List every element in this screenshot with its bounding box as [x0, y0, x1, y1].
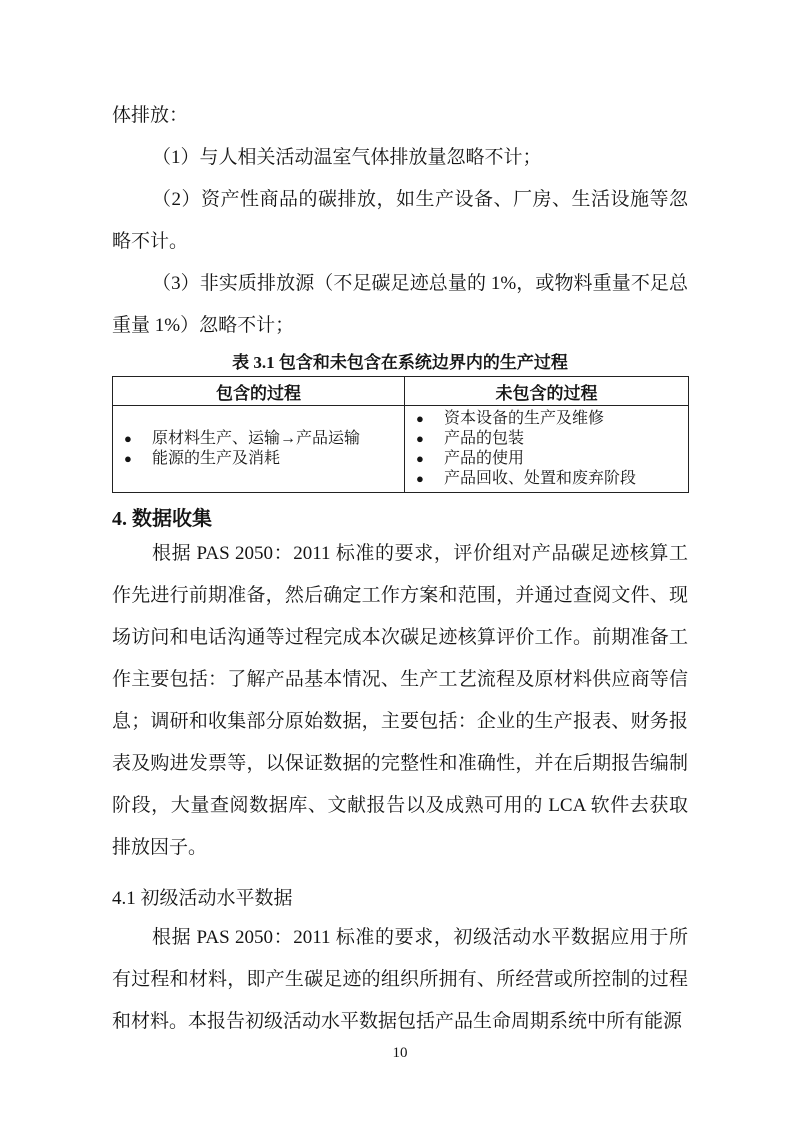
table-bullet-item: ●产品回收、处置和废弃阶段: [405, 469, 686, 489]
bullet-text: 能源的生产及消耗: [152, 449, 402, 469]
table-bullet-item: ●原材料生产、运输→产品运输: [113, 429, 402, 449]
bullet-icon: ●: [113, 449, 152, 469]
table-bullet-item: ●资本设备的生产及维修: [405, 409, 686, 429]
table-cell-excluded: ●资本设备的生产及维修●产品的包装●产品的使用●产品回收、处置和废弃阶段: [405, 406, 689, 493]
page-number: 10: [112, 1043, 688, 1063]
bullet-text: 产品的包装: [444, 429, 686, 449]
system-boundary-table: 包含的过程 未包含的过程 ●原材料生产、运输→产品运输●能源的生产及消耗 ●资本…: [112, 376, 689, 493]
table-header-included: 包含的过程: [113, 377, 405, 406]
bullet-text: 资本设备的生产及维修: [444, 409, 686, 429]
section-4-paragraph: 根据 PAS 2050：2011 标准的要求，评价组对产品碳足迹核算工作先进行前…: [112, 533, 688, 869]
bullet-text: 产品回收、处置和废弃阶段: [444, 469, 686, 489]
section-4-heading: 4. 数据收集: [112, 505, 688, 533]
section-4-1-paragraph: 根据 PAS 2050：2011 标准的要求，初级活动水平数据应用于所有过程和材…: [112, 917, 688, 1043]
section-4-1-heading: 4.1 初级活动水平数据: [112, 881, 688, 917]
bullet-text: 原材料生产、运输→产品运输: [152, 429, 402, 449]
bullet-icon: ●: [113, 429, 152, 449]
table-caption: 表 3.1 包含和未包含在系统边界内的生产过程: [112, 350, 688, 376]
table-bullet-item: ●产品的使用: [405, 449, 686, 469]
bullet-icon: ●: [405, 469, 444, 489]
table-header-row: 包含的过程 未包含的过程: [113, 377, 689, 406]
bullet-icon: ●: [405, 429, 444, 449]
bullet-icon: ●: [405, 409, 444, 429]
numbered-item-1: （1）与人相关活动温室气体排放量忽略不计；: [112, 137, 688, 179]
intro-continuation-paragraph: 体排放：: [112, 95, 688, 137]
document-page: 体排放： （1）与人相关活动温室气体排放量忽略不计； （2）资产性商品的碳排放，…: [0, 0, 800, 1131]
table-header-excluded: 未包含的过程: [405, 377, 689, 406]
table-bullet-item: ●产品的包装: [405, 429, 686, 449]
table-bullet-item: ●能源的生产及消耗: [113, 449, 402, 469]
numbered-item-2: （2）资产性商品的碳排放，如生产设备、厂房、生活设施等忽略不计。: [112, 179, 688, 263]
numbered-item-3: （3）非实质排放源（不足碳足迹总量的 1%，或物料重量不足总重量 1%）忽略不计…: [112, 263, 688, 347]
bullet-text: 产品的使用: [444, 449, 686, 469]
table-cell-included: ●原材料生产、运输→产品运输●能源的生产及消耗: [113, 406, 405, 493]
bullet-icon: ●: [405, 449, 444, 469]
table-body-row: ●原材料生产、运输→产品运输●能源的生产及消耗 ●资本设备的生产及维修●产品的包…: [113, 406, 689, 493]
